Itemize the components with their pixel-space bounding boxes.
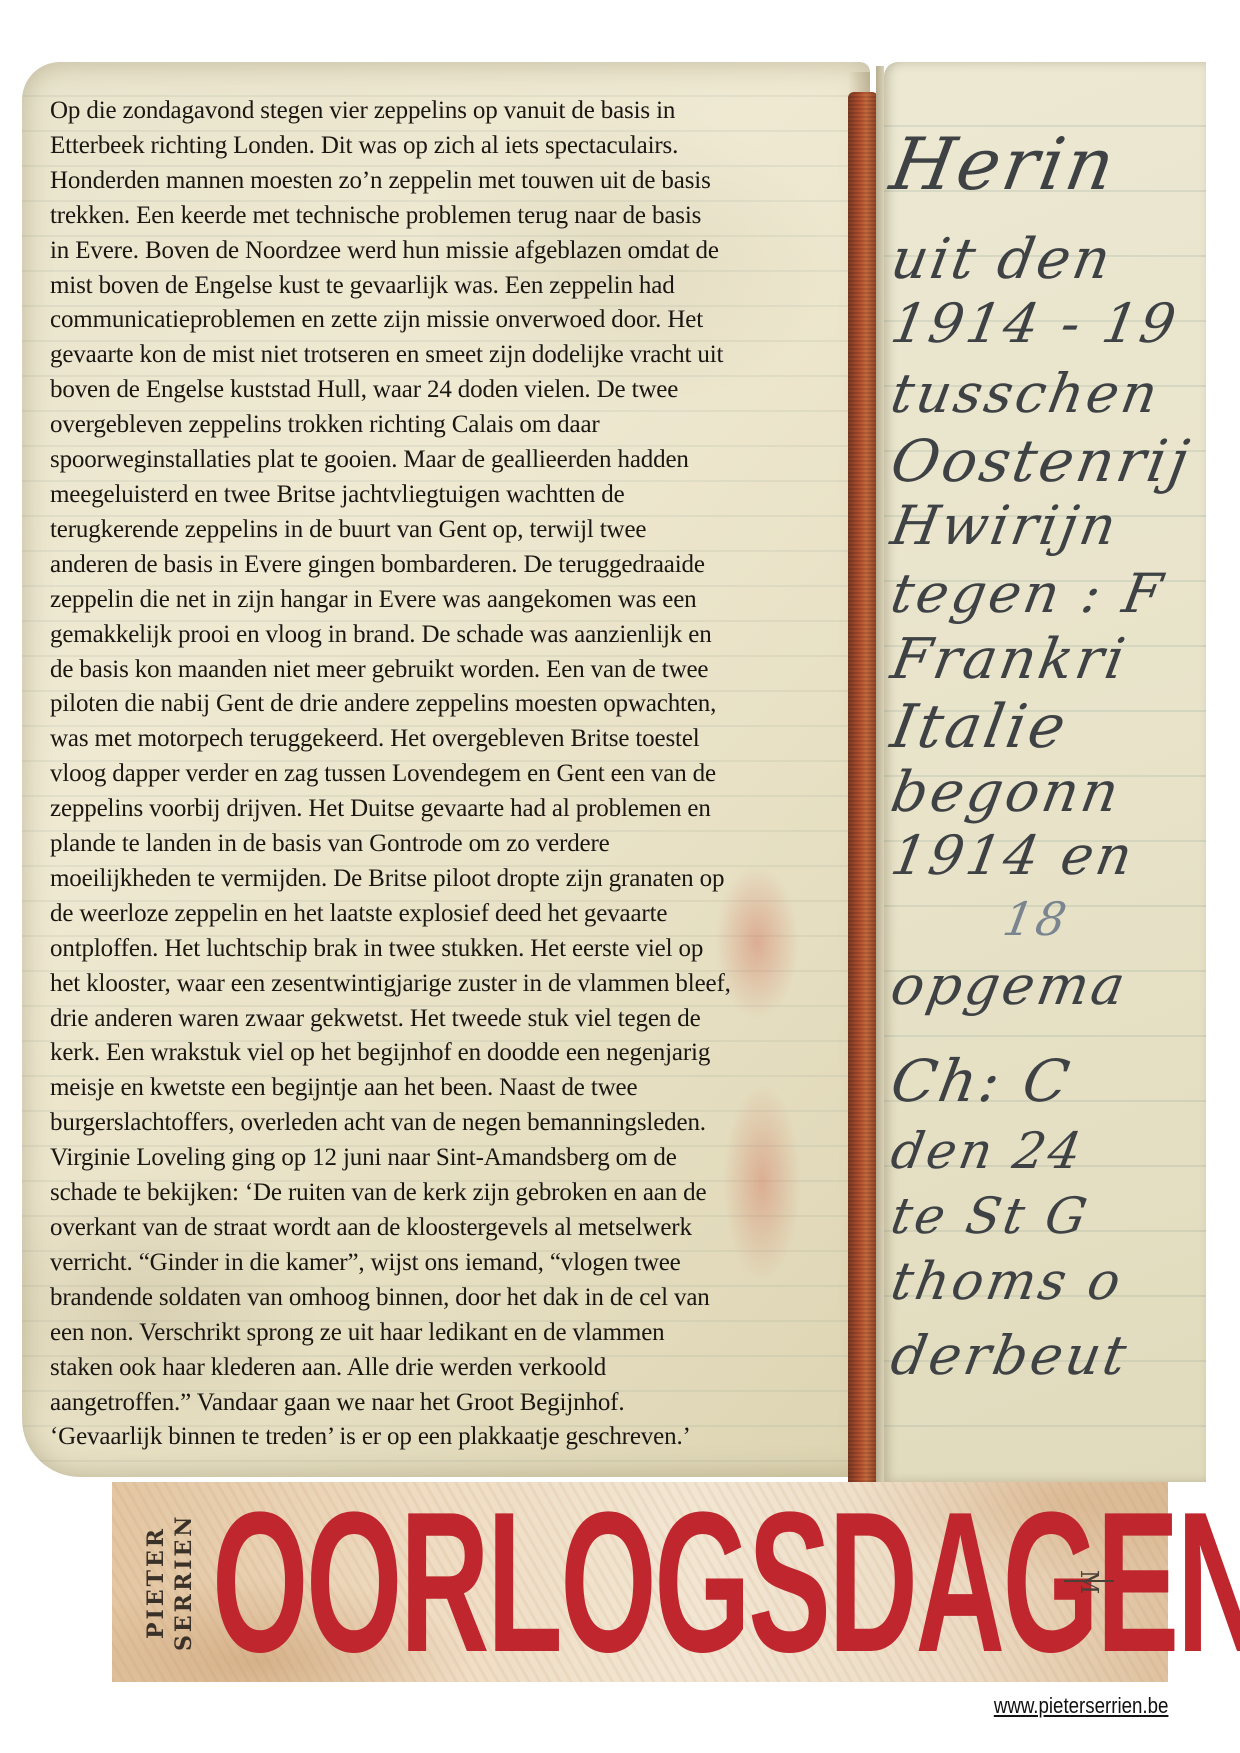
article-line: gevaarte kon de mist niet trotseren en s… (50, 338, 850, 373)
handwritten-line: 1914 - 19 (886, 292, 1206, 355)
handwritten-line: Italie (886, 692, 1206, 762)
book-title: OORLOGSDAGEN (212, 1500, 683, 1665)
article-line: plande te landen in de basis van Gontrod… (50, 827, 850, 862)
article-line: burgerslachtoffers, overleden acht van d… (50, 1106, 850, 1141)
article-line: zeppelin die net in zijn hangar in Evere… (50, 583, 850, 618)
article-line: was met motorpech teruggekeerd. Het over… (50, 722, 850, 757)
article-line: zeppelins voorbij drijven. Het Duitse ge… (50, 792, 850, 827)
article-line: moeilijkheden te vermijden. De Britse pi… (50, 862, 850, 897)
article-text: Op die zondagavond stegen vier zeppelins… (50, 94, 850, 1455)
article-line: Etterbeek richting Londen. Dit was op zi… (50, 129, 850, 164)
handwritten-line: derbeut (886, 1324, 1206, 1387)
article-line: anderen de basis in Evere gingen bombard… (50, 548, 850, 583)
article-line: piloten die nabij Gent de drie andere ze… (50, 687, 850, 722)
article-line: terugkerende zeppelins in de buurt van G… (50, 513, 850, 548)
article-line: ontploffen. Het luchtschip brak in twee … (50, 932, 850, 967)
article-line: in Evere. Boven de Noordzee werd hun mis… (50, 234, 850, 269)
handwritten-line: thoms o (887, 1252, 1206, 1312)
article-line: Honderden mannen moesten zo’n zeppelin m… (50, 164, 850, 199)
handwritten-line: Herin (885, 122, 1206, 206)
handwritten-line: Ch: C (886, 1047, 1206, 1115)
handwritten-line: 18 (999, 892, 1206, 946)
notebook-right-page-handwriting: Herinuit den1914 - 19tusschenOostenrijHw… (884, 62, 1206, 1482)
article-line: kerk. Een wrakstuk viel op het begijnhof… (50, 1036, 850, 1071)
article-line: meisje en kwetste een begijntje aan het … (50, 1071, 850, 1106)
handwritten-line: te St G (887, 1187, 1206, 1245)
article-line: overkant van de straat wordt aan de kloo… (50, 1211, 850, 1246)
author-last-name: SERRIEN (170, 1504, 198, 1660)
article-line: een non. Verschrikt sprong ze uit haar l… (50, 1316, 850, 1351)
article-line: overgebleven zeppelins trokken richting … (50, 408, 850, 443)
article-line: Virginie Loveling ging op 12 juni naar S… (50, 1141, 850, 1176)
book-cover-banner: PIETER SERRIEN OORLOGSDAGEN M (112, 1482, 1168, 1682)
article-line: vloog dapper verder en zag tussen Lovend… (50, 757, 850, 792)
article-line: spoorweginstallaties plat te gooien. Maa… (50, 443, 850, 478)
article-line: Op die zondagavond stegen vier zeppelins… (50, 94, 850, 129)
article-line: ‘Gevaarlijk binnen te treden’ is er op e… (50, 1420, 850, 1455)
notebook-gutter (876, 66, 884, 1486)
article-line: schade te bekijken: ‘De ruiten van de ke… (50, 1176, 850, 1211)
author-first-name: PIETER (142, 1504, 170, 1660)
handwritten-line: begonn (886, 760, 1206, 825)
handwritten-line: Hwirijn (886, 494, 1206, 557)
article-line: de basis kon maanden niet meer gebruikt … (50, 653, 850, 688)
handwritten-line: den 24 (887, 1122, 1206, 1180)
handwritten-line: tusschen (886, 362, 1206, 425)
article-line: communicatieproblemen en zette zijn miss… (50, 303, 850, 338)
handwritten-line: Oostenrij (886, 427, 1206, 495)
handwritten-line: 1914 en (886, 824, 1206, 887)
article-line: staken ook haar klederen aan. Alle drie … (50, 1351, 850, 1386)
handwritten-line: Frankri (886, 627, 1206, 692)
article-line: meegeluisterd en twee Britse jachtvliegt… (50, 478, 850, 513)
article-line: verricht. “Ginder in die kamer”, wijst o… (50, 1246, 850, 1281)
article-line: gemakkelijk prooi en vloog in brand. De … (50, 618, 850, 653)
handwritten-line: tegen : F (886, 562, 1206, 625)
article-line: brandende soldaten van omhoog binnen, do… (50, 1281, 850, 1316)
handwritten-line: opgema (886, 954, 1206, 1017)
publisher-logo-icon: M (1074, 1565, 1104, 1599)
notebook-spine (848, 92, 878, 1487)
article-line: het klooster, waar een zesentwintigjarig… (50, 967, 850, 1002)
article-line: drie anderen waren zwaar gekwetst. Het t… (50, 1002, 850, 1037)
handwritten-line: uit den (886, 227, 1206, 292)
article-line: trekken. Een keerde met technische probl… (50, 199, 850, 234)
article-line: aangetroffen.” Vandaar gaan we naar het … (50, 1386, 850, 1421)
website-link[interactable]: www.pieterserrien.be (993, 1693, 1168, 1719)
article-line: de weerloze zeppelin en het laatste expl… (50, 897, 850, 932)
article-line: boven de Engelse kuststad Hull, waar 24 … (50, 373, 850, 408)
article-line: mist boven de Engelse kust te gevaarlijk… (50, 269, 850, 304)
